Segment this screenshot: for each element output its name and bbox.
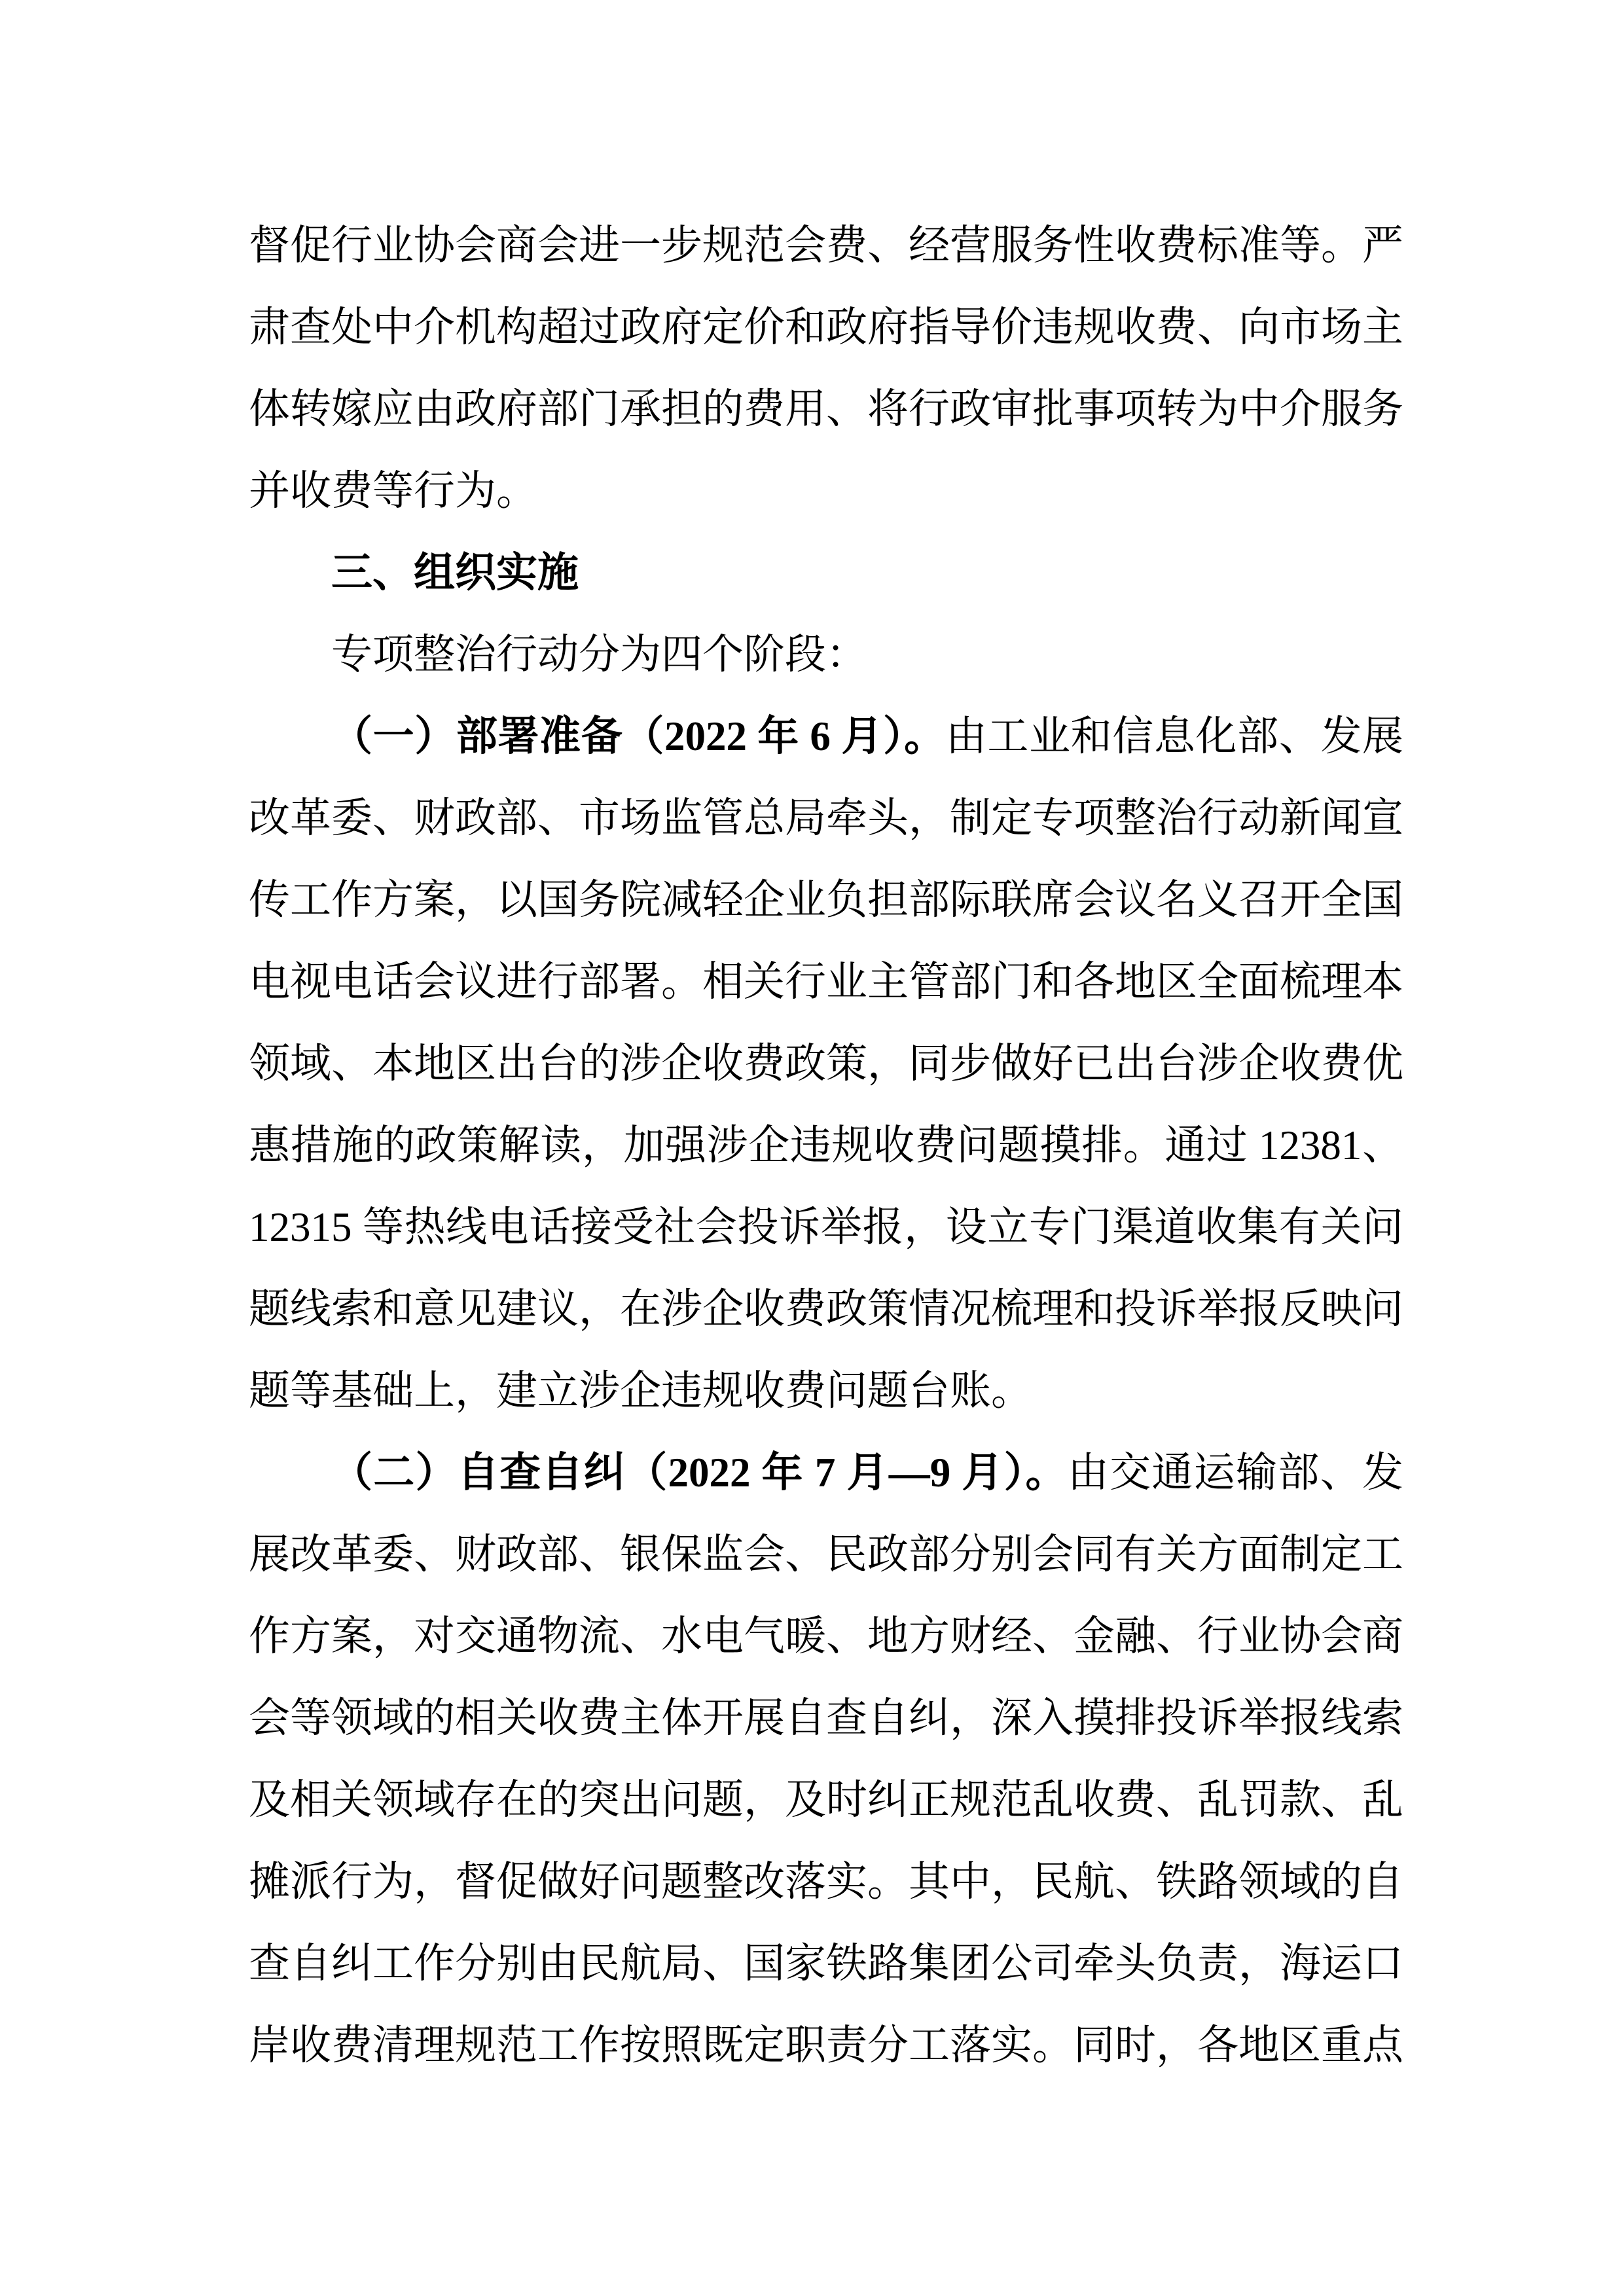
text-run: 及相关领域存在的突出问题，及时纠正规范乱收费、乱罚款、乱: [249, 1777, 1403, 1823]
document-line: 领域、本地区出台的涉企收费政策，同步做好已出台涉企收费优: [249, 1023, 1403, 1105]
document-line: 及相关领域存在的突出问题，及时纠正规范乱收费、乱罚款、乱: [249, 1759, 1403, 1841]
document-line: 督促行业协会商会进一步规范会费、经营服务性收费标准等。严: [249, 205, 1403, 287]
text-run: 岸收费清理规范工作按照既定职责分工落实。同时，各地区重点: [249, 2022, 1403, 2068]
text-run: 改革委、财政部、市场监管总局牵头，制定专项整治行动新闻宣: [249, 795, 1403, 841]
document-line: 专项整治行动分为四个阶段：: [249, 614, 1403, 696]
document-page: 督促行业协会商会进一步规范会费、经营服务性收费标准等。严肃查处中介机构超过政府定…: [0, 0, 1624, 2296]
text-run: 摊派行为，督促做好问题整改落实。其中，民航、铁路领域的自: [249, 1859, 1403, 1905]
text-run: 会等领域的相关收费主体开展自查自纠，深入摸排投诉举报线索: [249, 1695, 1403, 1741]
text-run: 传工作方案，以国务院减轻企业负担部际联席会议名义召开全国: [249, 877, 1403, 923]
text-run: 由工业和信息化部、发展: [946, 713, 1403, 759]
text-run: 作方案，对交通物流、水电气暖、地方财经、金融、行业协会商: [249, 1613, 1403, 1659]
text-run: 查自纠工作分别由民航局、国家铁路集团公司牵头负责，海运口: [249, 1941, 1403, 1986]
document-line: 会等领域的相关收费主体开展自查自纠，深入摸排投诉举报线索: [249, 1677, 1403, 1759]
text-run: 展改革委、财政部、银保监会、民政部分别会同有关方面制定工: [249, 1532, 1403, 1577]
document-line: 摊派行为，督促做好问题整改落实。其中，民航、铁路领域的自: [249, 1841, 1403, 1923]
document-line: 题线索和意见建议，在涉企收费政策情况梳理和投诉举报反映问: [249, 1268, 1403, 1350]
document-line: 展改革委、财政部、银保监会、民政部分别会同有关方面制定工: [249, 1514, 1403, 1596]
text-run: 督促行业协会商会进一步规范会费、经营服务性收费标准等。严: [249, 223, 1403, 268]
document-line: （二）自查自纠（2022 年 7 月—9 月）。由交通运输部、发: [249, 1432, 1403, 1514]
document-line: （一）部署准备（2022 年 6 月）。由工业和信息化部、发展: [249, 696, 1403, 778]
text-run: 题等基础上，建立涉企违规收费问题台账。: [249, 1368, 1032, 1414]
document-line: 肃查处中介机构超过政府定价和政府指导价违规收费、向市场主: [249, 287, 1403, 368]
document-line: 题等基础上，建立涉企违规收费问题台账。: [249, 1350, 1403, 1432]
text-run: 题线索和意见建议，在涉企收费政策情况梳理和投诉举报反映问: [249, 1286, 1403, 1332]
text-run: 电视电话会议进行部署。相关行业主管部门和各地区全面梳理本: [249, 959, 1403, 1005]
document-line: 并收费等行为。: [249, 450, 1403, 532]
document-line: 电视电话会议进行部署。相关行业主管部门和各地区全面梳理本: [249, 941, 1403, 1023]
document-text-block: 督促行业协会商会进一步规范会费、经营服务性收费标准等。严肃查处中介机构超过政府定…: [249, 205, 1403, 2087]
text-run: 由交通运输部、发: [1068, 1450, 1403, 1496]
bold-text-run: （二）自查自纠（2022 年 7 月—9 月）。: [331, 1450, 1068, 1496]
section-heading: 三、组织实施: [249, 532, 1403, 614]
document-line: 体转嫁应由政府部门承担的费用、将行政审批事项转为中介服务: [249, 368, 1403, 450]
bold-text-run: （一）部署准备（2022 年 6 月）。: [331, 713, 946, 759]
document-line: 12315 等热线电话接受社会投诉举报，设立专门渠道收集有关问: [249, 1187, 1403, 1268]
text-run: 肃查处中介机构超过政府定价和政府指导价违规收费、向市场主: [249, 304, 1403, 350]
text-run: 并收费等行为。: [249, 468, 537, 514]
text-run: 专项整治行动分为四个阶段：: [331, 632, 867, 677]
text-run: 领域、本地区出台的涉企收费政策，同步做好已出台涉企收费优: [249, 1041, 1403, 1086]
text-run: 惠措施的政策解读，加强涉企违规收费问题摸排。通过 12381、: [249, 1122, 1403, 1168]
document-line: 岸收费清理规范工作按照既定职责分工落实。同时，各地区重点: [249, 2005, 1403, 2087]
document-line: 查自纠工作分别由民航局、国家铁路集团公司牵头负责，海运口: [249, 1923, 1403, 2005]
document-line: 作方案，对交通物流、水电气暖、地方财经、金融、行业协会商: [249, 1596, 1403, 1677]
document-line: 惠措施的政策解读，加强涉企违规收费问题摸排。通过 12381、: [249, 1105, 1403, 1187]
document-line: 改革委、财政部、市场监管总局牵头，制定专项整治行动新闻宣: [249, 778, 1403, 859]
document-line: 传工作方案，以国务院减轻企业负担部际联席会议名义召开全国: [249, 859, 1403, 941]
text-run: 体转嫁应由政府部门承担的费用、将行政审批事项转为中介服务: [249, 386, 1403, 432]
text-run: 12315 等热线电话接受社会投诉举报，设立专门渠道收集有关问: [249, 1204, 1403, 1250]
heading-text-run: 三、组织实施: [331, 550, 579, 596]
